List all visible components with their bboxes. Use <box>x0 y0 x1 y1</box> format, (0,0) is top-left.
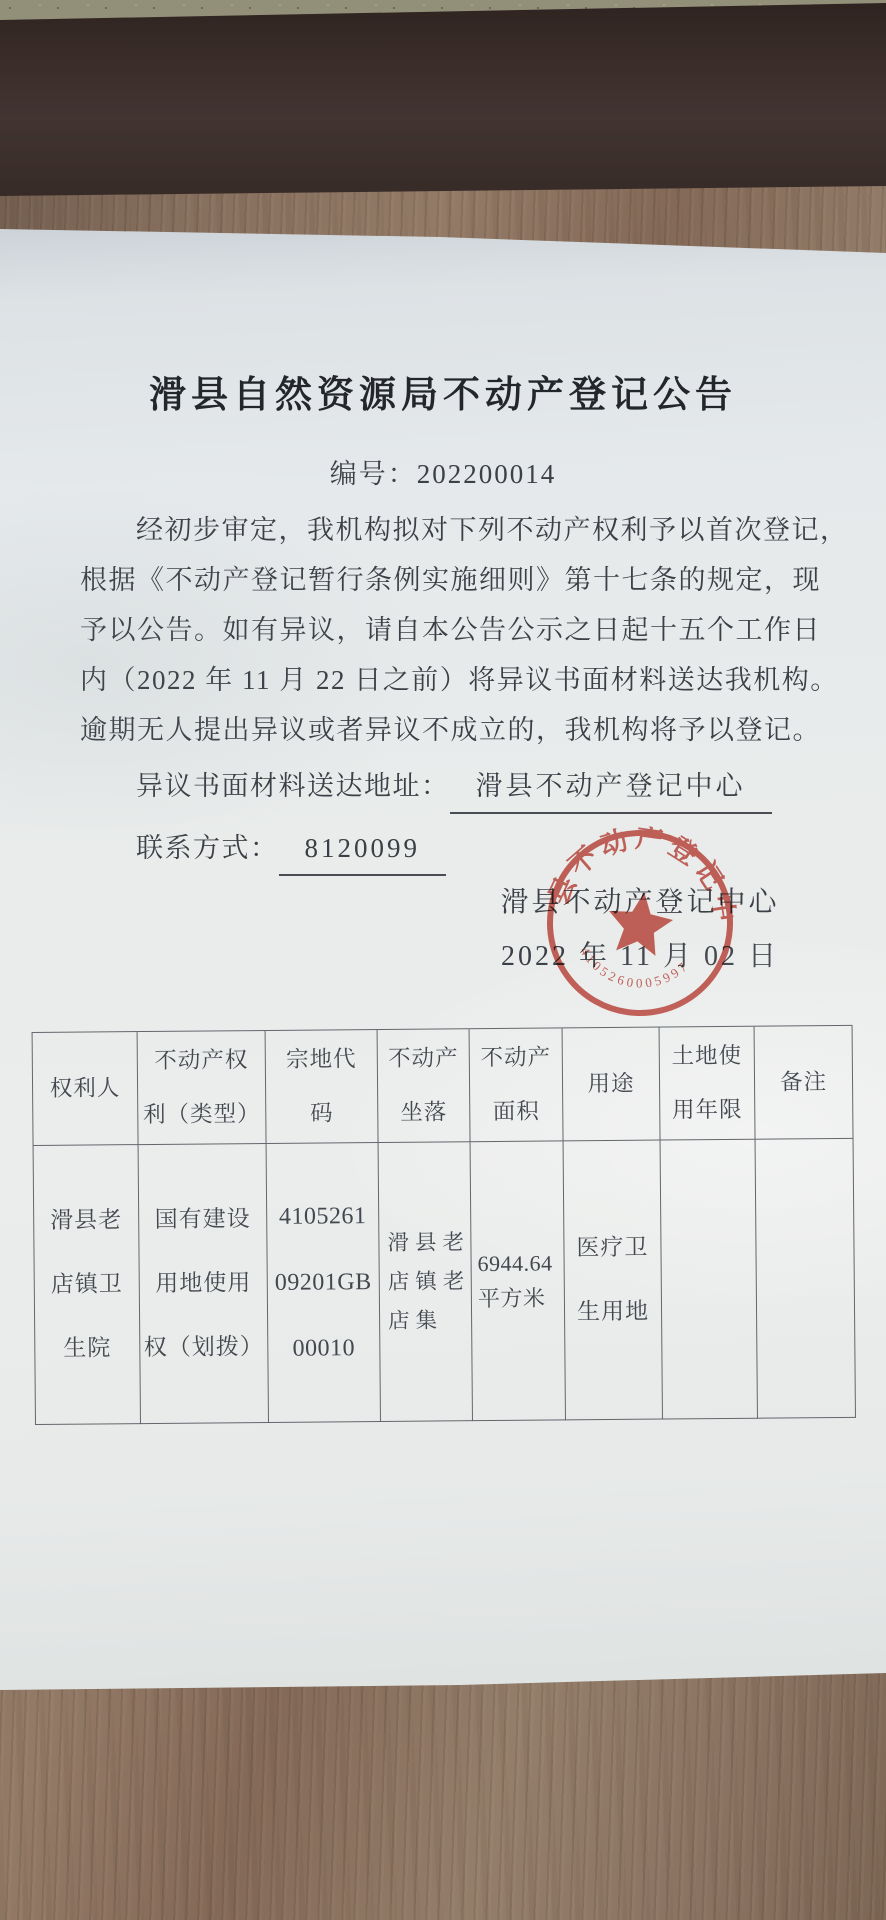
table-header-cell: 宗地代 码 <box>266 1030 379 1144</box>
notice-title: 滑县自然资源局不动产登记公告 <box>0 364 886 418</box>
issue-date: 2022 年 11 月 02 日 <box>390 930 886 984</box>
table-data-cell <box>756 1139 856 1419</box>
table-data-cell: 国有建设 用地使用 权（划拨） <box>139 1144 269 1424</box>
dark-table-edge <box>0 0 886 196</box>
registration-table: 权利人不动产权 利（类型）宗地代 码不动产 坐落不动产 面积用途土地使 用年限备… <box>32 1025 856 1425</box>
table-data-cell: 6944.64 平方米 <box>471 1141 566 1421</box>
photo-of-document: { "document": { "title": "滑县自然资源局不动产登记公告… <box>0 0 886 1920</box>
issuer-name: 滑县不动产登记中心 <box>390 876 886 930</box>
table-header-cell: 不动产权 利（类型） <box>138 1031 267 1145</box>
table-data-cell: 医疗卫 生用地 <box>564 1141 663 1421</box>
contact-label: 联系方式： <box>136 833 279 863</box>
address-line: 异议书面材料送达地址：滑县不动产登记中心 <box>80 762 772 810</box>
table-data-cell: 滑县老 店镇卫 生院 <box>34 1145 141 1425</box>
contact-value: 8120099 <box>279 824 447 876</box>
table-header-cell: 用途 <box>563 1028 661 1142</box>
table-header-cell: 不动产 坐落 <box>378 1029 471 1143</box>
notice-body-line: 根据《不动产登记暂行条例实施细则》第十七条的规定，现 <box>80 555 826 605</box>
notice-paper: 滑县自然资源局不动产登记公告 编号：202200014 经初步审定，我机构拟对下… <box>0 228 886 1690</box>
notice-body-line: 内（2022 年 11 月 22 日之前）将异议书面材料送达我机构。 <box>80 655 826 705</box>
notice-number: 编号：202200014 <box>0 452 886 491</box>
table-data-row: 滑县老 店镇卫 生院国有建设 用地使用 权（划拨）4105261 09201GB… <box>34 1139 856 1425</box>
table-header-row: 权利人不动产权 利（类型）宗地代 码不动产 坐落不动产 面积用途土地使 用年限备… <box>33 1026 854 1146</box>
notice-body: 经初步审定，我机构拟对下列不动产权利予以首次登记，根据《不动产登记暂行条例实施细… <box>80 505 826 755</box>
table-header-cell: 土地使 用年限 <box>660 1027 756 1141</box>
table-header-cell: 备注 <box>755 1026 854 1140</box>
table-data-cell <box>661 1140 758 1420</box>
table-header-cell: 权利人 <box>33 1032 139 1146</box>
table-data-cell: 4105261 09201GB 00010 <box>267 1143 381 1423</box>
address-label: 异议书面材料送达地址： <box>136 771 450 801</box>
notice-body-line: 经初步审定，我机构拟对下列不动产权利予以首次登记， <box>80 505 826 555</box>
table-header-cell: 不动产 面积 <box>470 1028 564 1142</box>
contact-line: 联系方式：8120099 <box>80 824 446 872</box>
notice-body-line: 逾期无人提出异议或者异议不成立的，我机构将予以登记。 <box>80 705 826 755</box>
signature-block: 滑县不动产登记中心 2022 年 11 月 02 日 <box>390 876 886 984</box>
notice-body-line: 予以公告。如有异议，请自本公告公示之日起十五个工作日 <box>80 605 826 655</box>
table-data-cell: 滑县老 店镇老 店集 <box>379 1142 473 1422</box>
address-value: 滑县不动产登记中心 <box>450 762 772 814</box>
